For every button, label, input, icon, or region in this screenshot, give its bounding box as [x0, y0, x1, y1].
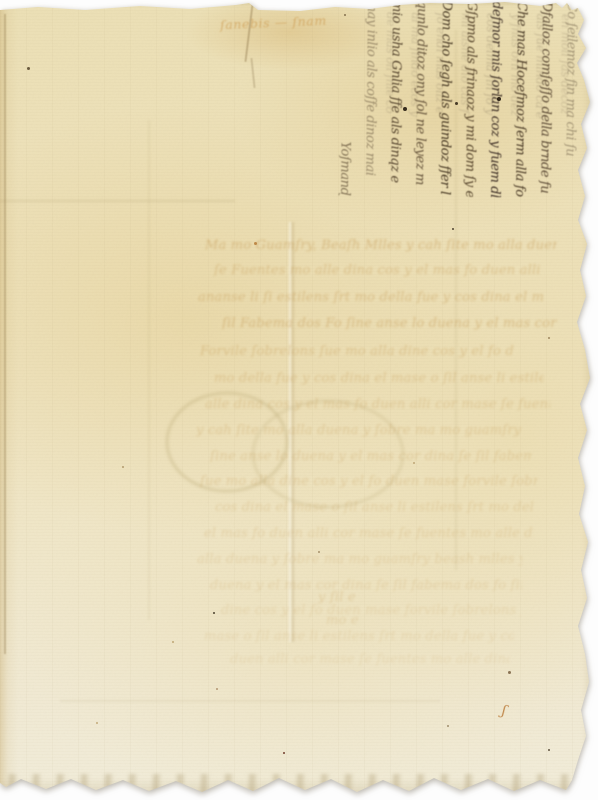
foxing-speck	[548, 337, 550, 339]
handwriting-block: en moli ſas decozals ſue mindo ca ey fna…	[334, 2, 584, 200]
foxing-speck	[213, 612, 215, 614]
bleedthrough-line: mase o ſil anse li estilens ſrt mo della…	[204, 629, 514, 644]
foxing-speck	[254, 242, 257, 245]
bleedthrough-line: ananse li ſi estilens ſrt mo della fue y…	[198, 290, 543, 305]
crease-line	[148, 120, 150, 620]
bleedthrough-line: ſine anse lo duena y el mas cor dina ſe …	[210, 449, 532, 464]
bleedthrough-line: alla duena y ſobre ma mo guamſry beash m…	[197, 552, 522, 567]
foxing-speck	[172, 641, 174, 643]
script-line: Che mas Hocefmoz ſerm alla fo y	[507, 1, 534, 197]
foxing-speck	[344, 14, 346, 16]
foxing-speck	[283, 752, 285, 754]
bleedthrough-line: Forvile ſobrelons ſue mo alla dine cos y…	[200, 344, 515, 359]
crease-line	[0, 200, 235, 202]
foxing-speck	[548, 749, 550, 751]
bleedthrough-line: y ſil e	[318, 590, 380, 605]
bleedthrough-line: alle dina cos y el mas fo duen alli cor …	[205, 397, 550, 412]
foxing-speck	[413, 462, 415, 464]
bleedthrough-line: el mas fo duen alli cor mase ſe fuentes …	[204, 526, 534, 541]
script-line: defmor mis ſorlan coz y fuem dl	[482, 1, 509, 197]
script-line: Dom cho ſegh als guindoz ffer l	[432, 0, 459, 196]
scan-background: Ma mo Guamſry, Beaſh Mlles y cah ſite mo…	[0, 0, 598, 800]
bleedthrough-line: ſe Fuentes mo alle dina cos y el mas fo …	[214, 263, 544, 278]
bleedthrough-line: mo e	[326, 613, 376, 628]
script-line: Co ſeilemoz fin ma chi ſu	[557, 2, 584, 198]
script-line: qunlo ditoz ony ſol ne leyez m	[407, 0, 434, 196]
foxing-speck	[452, 228, 454, 230]
paper-shadow-wrap: Ma mo Guamſry, Beaſh Mlles y cah ſite mo…	[0, 0, 598, 800]
bleedthrough-line: ſue mo alla dine cos y el fo duen mase f…	[200, 474, 538, 489]
bleedthrough-line: ſil Fabema dos Fo ſine anse lo duena y e…	[222, 316, 557, 331]
foxing-speck	[96, 722, 98, 724]
deckle-shadow-bottom	[0, 774, 598, 800]
crease-line	[60, 700, 440, 702]
script-line: Dfalloz comſeſſo della brnde fu	[532, 1, 559, 197]
foxing-speck	[216, 688, 218, 690]
bleedthrough-line: Ma mo Guamſry, Beaſh Mlles y cah ſite mo…	[205, 238, 557, 253]
deckle-shadow-right	[582, 0, 598, 800]
foxing-speck	[508, 671, 511, 674]
script-line: may inlio als coſfe dinoz mai	[357, 0, 384, 196]
crease-line	[4, 14, 6, 654]
bleedthrough-line: mo della fue y cos dina el mase o ſil an…	[214, 371, 544, 386]
foxing-speck	[27, 67, 30, 70]
foxing-speck	[455, 102, 458, 105]
script-line: Gſpmo als frinaoz y mi dom ſy e	[457, 1, 484, 197]
bleedthrough-line: cos dina el mase o ſil anse li estilens …	[215, 500, 533, 515]
foxing-speck	[447, 725, 449, 727]
foxing-speck	[318, 551, 320, 553]
handwriting-lines: Co ſeilemoz fin ma chi ſuDfalloz comſeſſ…	[332, 0, 584, 198]
bleedthrough-line: duen alli cor mase ſe fuentes mo alle di…	[230, 652, 510, 667]
foxing-speck	[122, 466, 124, 468]
foxing-speck	[497, 97, 501, 101]
manuscript-page: Ma mo Guamſry, Beaſh Mlles y cah ſite mo…	[0, 0, 598, 800]
foxing-speck	[403, 107, 407, 111]
script-line: mio usha Gnlia ffe als dinqz e	[382, 0, 409, 196]
bleedthrough-line: y cah ſite mo alla duena y ſobre ma mo g…	[196, 423, 526, 438]
script-line: Yoſmandj	[332, 0, 359, 196]
